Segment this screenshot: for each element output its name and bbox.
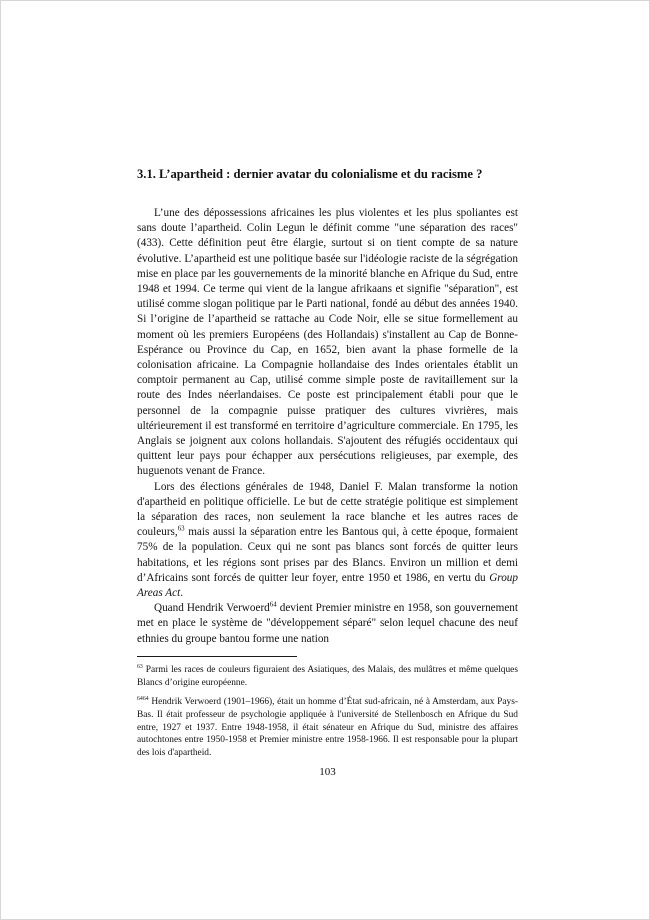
footnote-ref: 6464 bbox=[137, 696, 149, 702]
page-content: 3.1. L’apartheid : dernier avatar du col… bbox=[137, 167, 518, 778]
footnote-64: 6464 Hendrik Verwoerd (1901–1966), était… bbox=[137, 696, 518, 761]
body-text: L’une des dépossessions africaines les p… bbox=[137, 206, 518, 647]
section-title: 3.1. L’apartheid : dernier avatar du col… bbox=[137, 167, 518, 182]
text-segment: mais aussi la séparation entre les Banto… bbox=[137, 526, 518, 584]
page-number: 103 bbox=[137, 766, 518, 778]
text-segment: Hendrik Verwoerd (1901–1966), était un h… bbox=[137, 697, 518, 759]
paragraph-3: Quand Hendrik Verwoerd64 devient Premier… bbox=[137, 601, 518, 647]
paragraph-1: L’une des dépossessions africaines les p… bbox=[137, 206, 518, 480]
footnotes: 63 Parmi les races de couleurs figuraien… bbox=[137, 664, 518, 760]
footnote-ref: 64 bbox=[270, 601, 277, 609]
footnote-separator bbox=[137, 656, 297, 657]
footnote-ref: 63 bbox=[178, 525, 185, 533]
text-segment: . bbox=[180, 587, 183, 599]
text-segment: Quand Hendrik Verwoerd bbox=[154, 602, 270, 614]
paragraph-2: Lors des élections générales de 1948, Da… bbox=[137, 480, 518, 602]
text-segment: Parmi les races de couleurs figuraient d… bbox=[137, 665, 518, 688]
text-segment: L’une des dépossessions africaines les p… bbox=[137, 207, 518, 477]
document-page: { "page": { "title": "3.1. L’apartheid :… bbox=[0, 0, 650, 920]
footnote-63: 63 Parmi les races de couleurs figuraien… bbox=[137, 664, 518, 690]
